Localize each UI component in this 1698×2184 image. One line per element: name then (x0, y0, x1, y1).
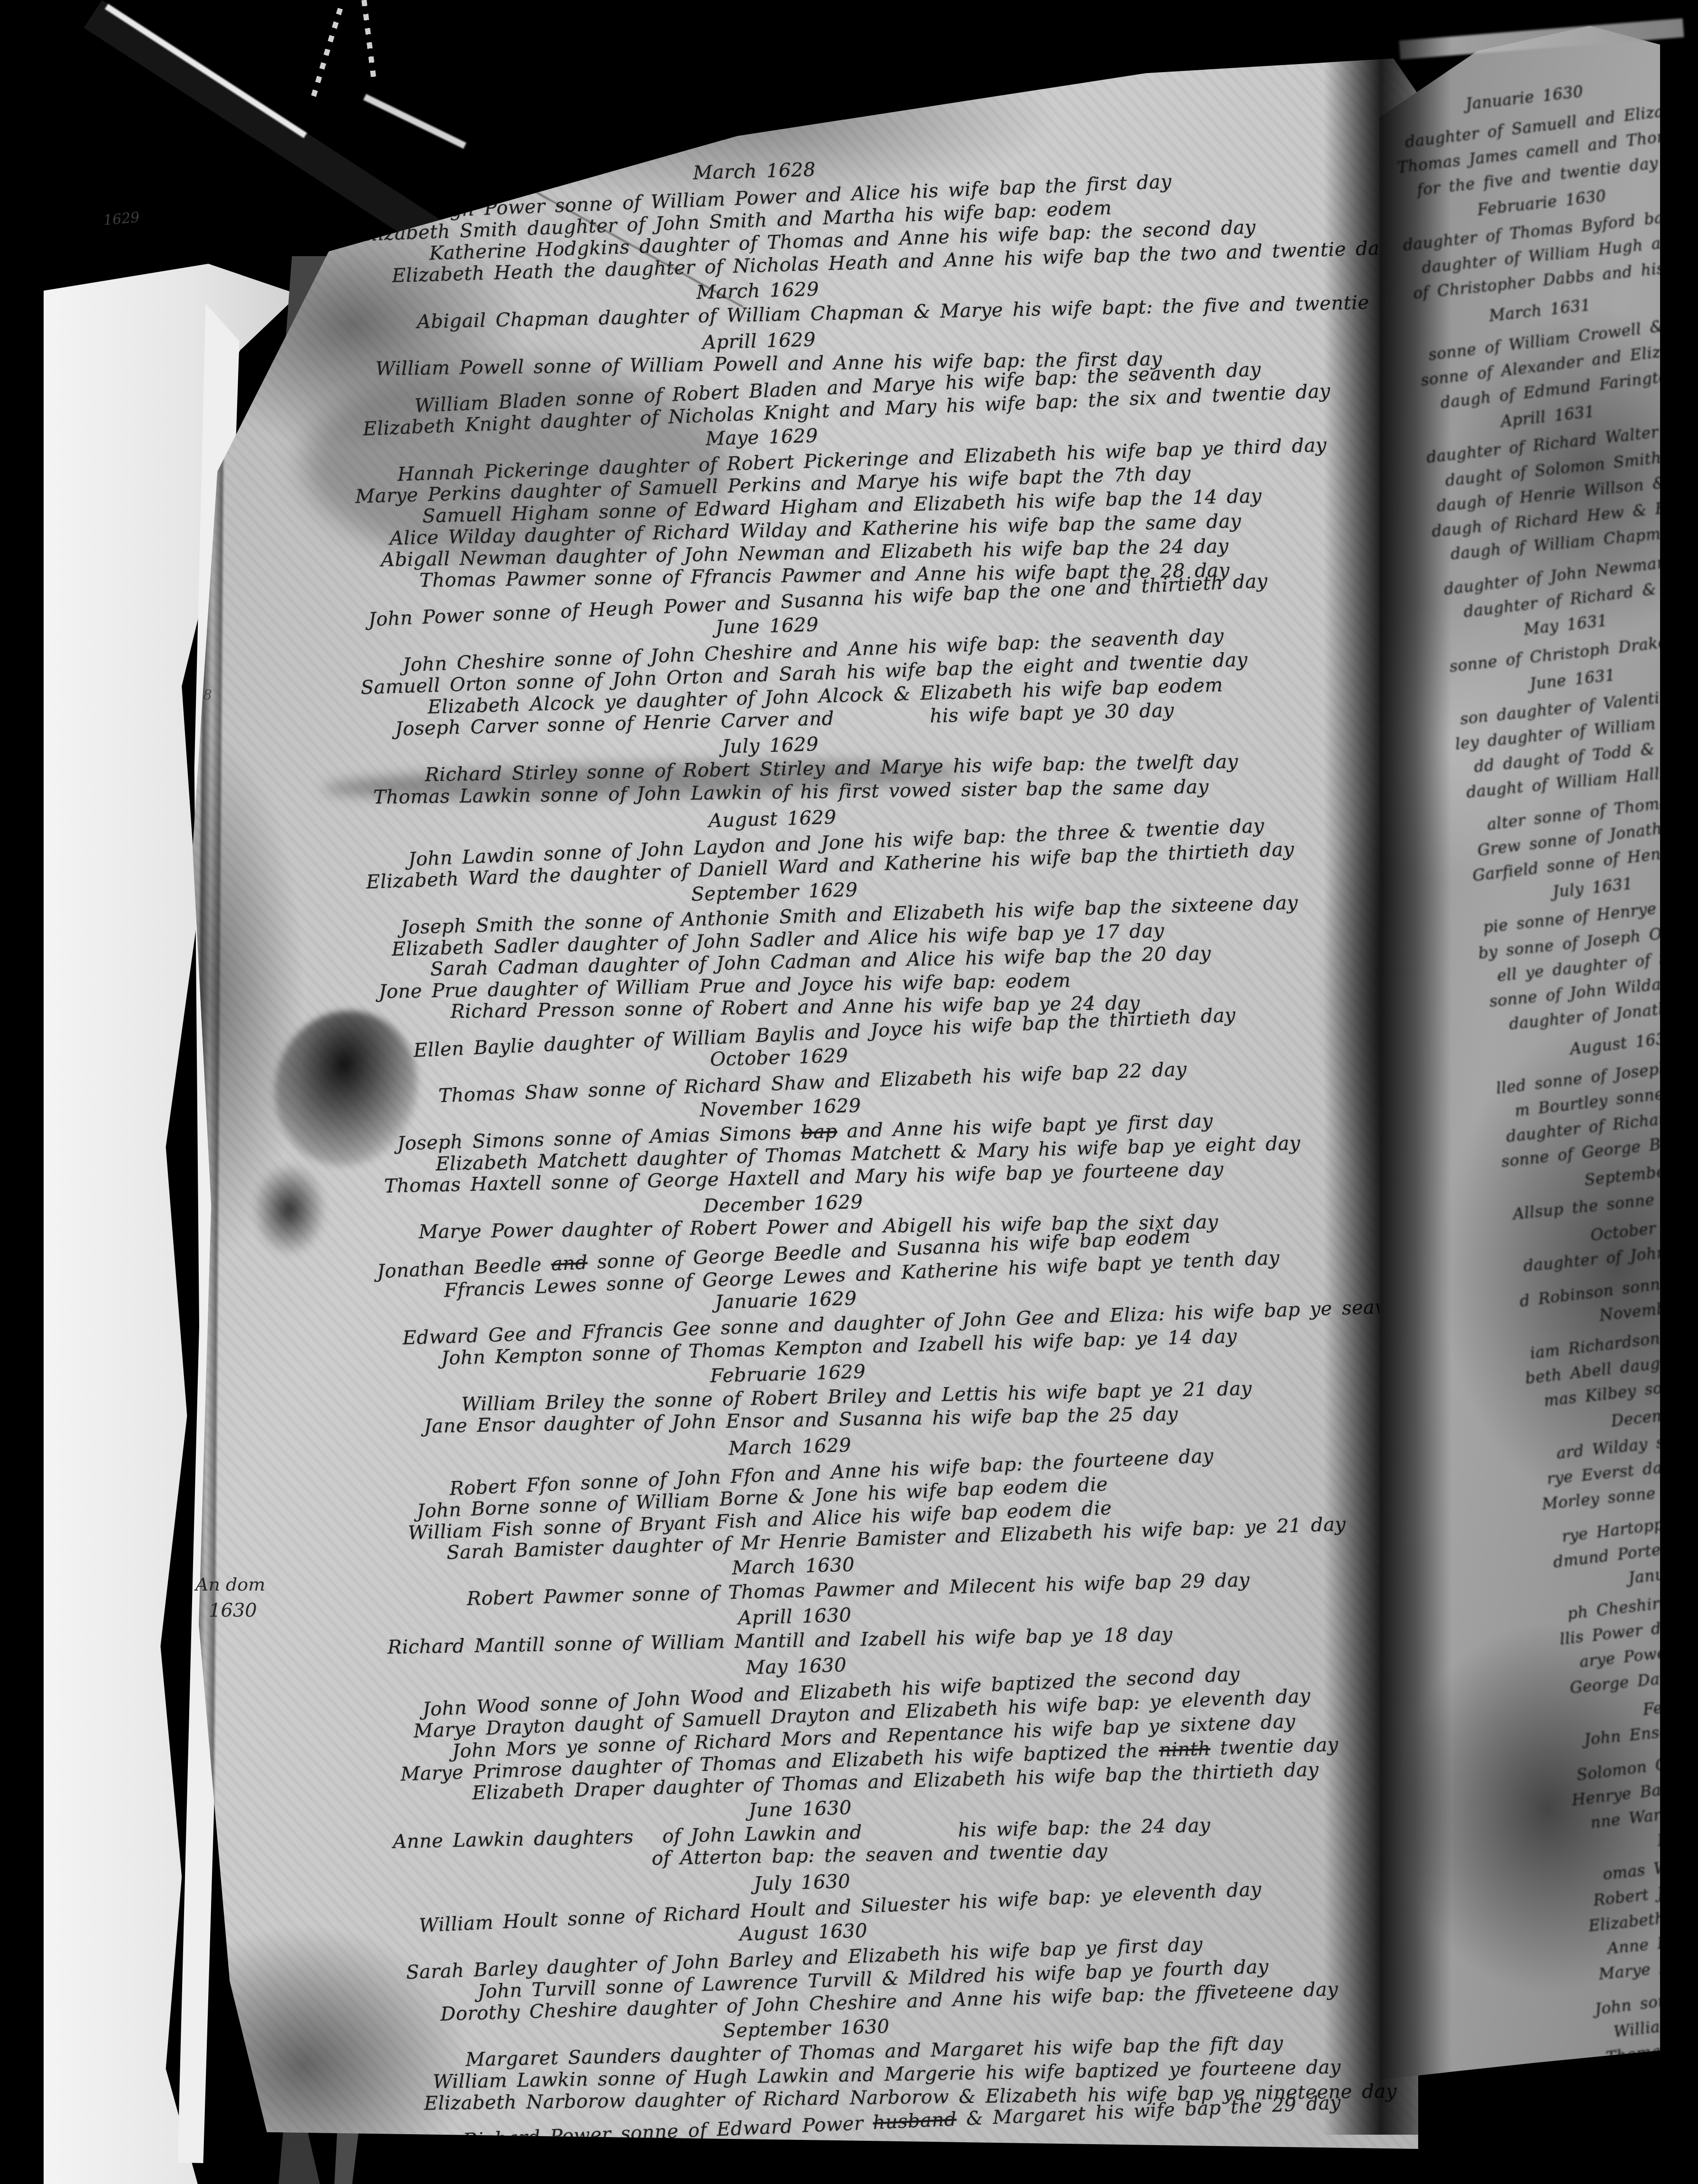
left-page: March 1628Heugh Power sonne of William P… (180, 52, 1418, 2149)
margin-note-year: 1629 (103, 209, 140, 229)
cover-highlight (363, 94, 466, 149)
clasp-chain (361, 0, 377, 80)
book-cover-edge (84, 0, 460, 260)
margin-note-anno-domini: An dom (195, 1574, 265, 1595)
paper-grain (180, 52, 1418, 2149)
margin-note-anno-year: 1630 (209, 1600, 257, 1621)
margin-note-mark: 8 (203, 687, 212, 703)
cover-highlight (105, 4, 307, 138)
book-gutter-shadow (1323, 19, 1451, 2135)
clasp-chain (309, 8, 342, 102)
register-photo: March 1628Heugh Power sonne of William P… (0, 0, 1698, 2184)
